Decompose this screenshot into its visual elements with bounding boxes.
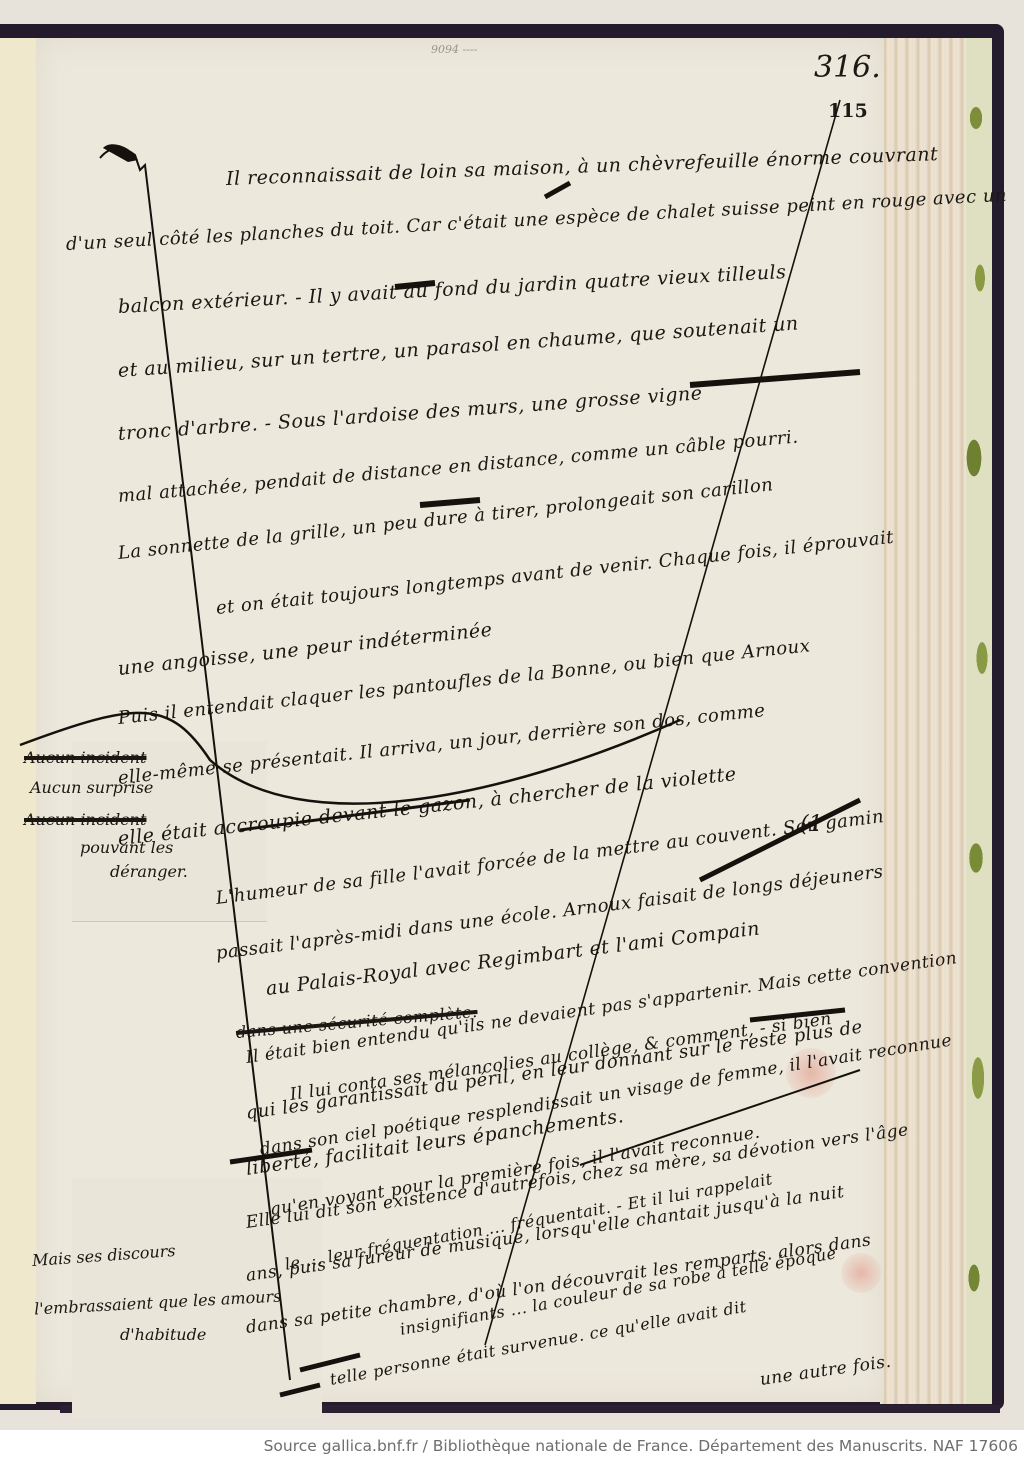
manuscript-scan: 9094 ---- 316. 115 Il reconnaissait de l…	[0, 0, 1024, 1430]
cancellation-strokes	[0, 0, 1024, 1430]
source-caption: Source gallica.bnf.fr / Bibliothèque nat…	[264, 1437, 1018, 1455]
